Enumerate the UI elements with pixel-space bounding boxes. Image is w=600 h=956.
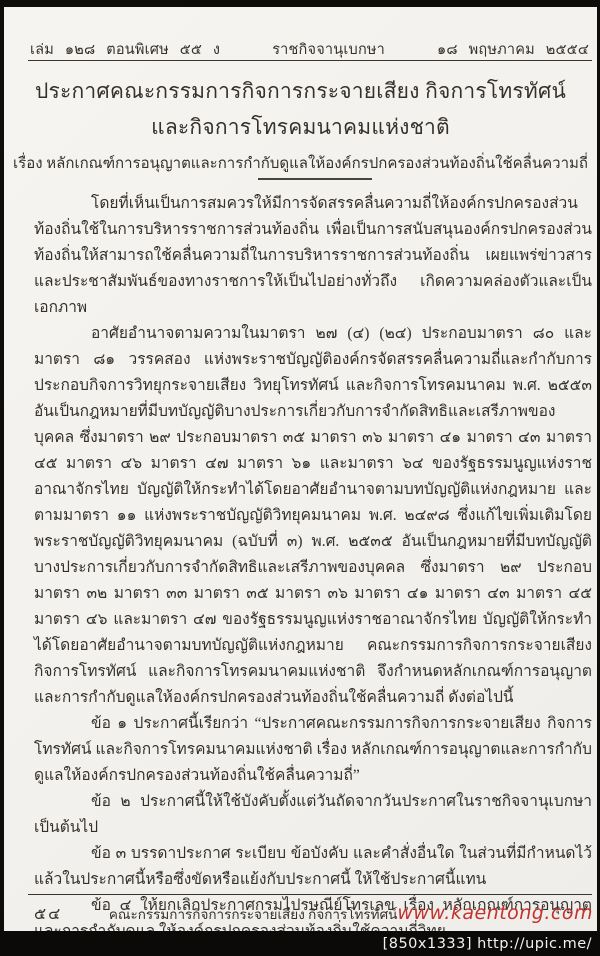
title-line-1: ประกาศคณะกรรมการกิจการกระจายเสียง กิจการ… <box>4 73 597 109</box>
subject-line: เรื่อง หลักเกณฑ์การอนุญาตและการกำกับดูแล… <box>4 151 597 175</box>
paragraph: ข้อ ๓ บรรดาประกาศ ระเบียบ ข้อบังคับ และค… <box>34 841 592 893</box>
footer-committee: คณะกรรมการกิจการกระจายเสียง กิจการโทรทัศ… <box>109 903 397 925</box>
page-title: ประกาศคณะกรรมการกิจการกระจายเสียง กิจการ… <box>4 73 597 145</box>
header-divider <box>28 60 592 61</box>
bottom-bar: [850x1333] http://upic.me/ <box>0 931 600 956</box>
footer-right: คณะกรรมการกิจการกระจายเสียง กิจการโทรทัศ… <box>109 902 593 925</box>
page-number: ๕๔ <box>34 902 62 927</box>
paragraph: ข้อ ๒ ประกาศนี้ให้ใช้บังคับตั้งแต่วันถัด… <box>34 789 592 841</box>
paragraph: ข้อ ๑ ประกาศนี้เรียกว่า “ประกาศคณะกรรมกา… <box>34 711 592 789</box>
volume-info: เล่ม ๑๒๘ ตอนพิเศษ ๕๕ ง <box>30 38 220 61</box>
gazette-header: เล่ม ๑๒๘ ตอนพิเศษ ๕๕ ง ราชกิจจานุเบกษา ๑… <box>30 38 589 61</box>
image-size-caption: [850x1333] http://upic.me/ <box>383 936 592 952</box>
watermark-link: www.kaentong.com <box>397 902 593 924</box>
paragraph: โดยที่เห็นเป็นการสมควรให้มีการจัดสรรคลื่… <box>34 191 592 321</box>
gazette-name: ราชกิจจานุเบกษา <box>272 38 385 61</box>
title-divider <box>258 178 372 180</box>
document-body: โดยที่เห็นเป็นการสมควรให้มีการจัดสรรคลื่… <box>34 191 592 945</box>
gazette-page: เล่ม ๑๒๘ ตอนพิเศษ ๕๕ ง ราชกิจจานุเบกษา ๑… <box>4 7 597 931</box>
paragraph: อาศัยอำนาจตามความในมาตรา ๒๗ (๔) (๒๔) ประ… <box>34 321 592 711</box>
footer-divider <box>28 894 592 895</box>
title-line-2: และกิจการโทรคมนาคมแห่งชาติ <box>4 109 597 145</box>
gazette-footer: ๕๔ คณะกรรมการกิจการกระจายเสียง กิจการโทร… <box>34 902 593 927</box>
publish-date: ๑๘ พฤษภาคม ๒๕๕๔ <box>437 38 589 61</box>
scanned-image-frame: เล่ม ๑๒๘ ตอนพิเศษ ๕๕ ง ราชกิจจานุเบกษา ๑… <box>0 0 600 956</box>
